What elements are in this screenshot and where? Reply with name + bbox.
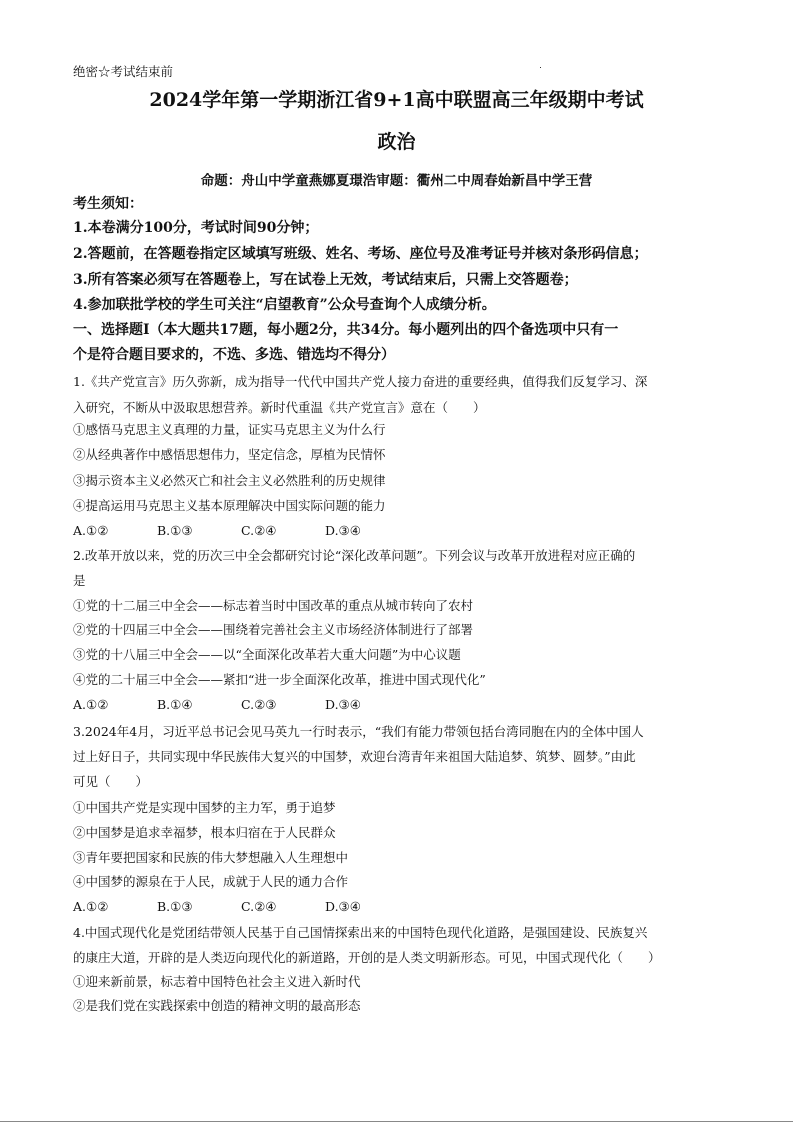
notice-item-4: 4.参加联批学校的学生可关注“启望教育”公众号查询个人成绩分析。: [73, 297, 496, 313]
exam-page: 绝密☆考试结束前 2024学年第一学期浙江省9+1高中联盟高三年级期中考试 政治…: [0, 0, 793, 1122]
q3-statement-4: ④中国梦的源泉在于人民，成就于人民的通力合作: [73, 874, 348, 890]
q1-statement-2: ②从经典著作中感悟思想伟力，坚定信念，厚植为民情怀: [73, 447, 386, 463]
q1-statement-1: ①感悟马克思主义真理的力量，证实马克思主义为什么行: [73, 422, 386, 438]
q1-option-a[interactable]: A.①②: [73, 523, 157, 539]
notice-item-3: 3.所有答案必须写在答题卷上，写在试卷上无效，考试结束后，只需上交答题卷；: [73, 272, 578, 288]
q4-stem-line-1: 4.中国式现代化是党团结带领人民基于自己国情探索出来的中国特色现代化道路，是强国…: [73, 925, 647, 941]
notice-heading: 考生须知：: [73, 196, 143, 212]
q1-statement-4: ④提高运用马克思主义基本原理解决中国实际问题的能力: [73, 498, 386, 514]
stray-mark: [540, 67, 541, 68]
q2-option-b[interactable]: B.①④: [157, 697, 241, 713]
q3-stem-line-1: 3.2024年4月，习近平总书记会见马英九一行时表示，“我们有能力带领包括台湾同…: [73, 724, 644, 740]
q3-statement-3: ③青年要把国家和民族的伟大梦想融入人生理想中: [73, 850, 348, 866]
notice-item-2: 2.答题前，在答题卷指定区域填写班级、姓名、考场、座位号及准考证号并核对条形码信…: [73, 246, 648, 262]
authors-line: 命题：舟山中学童燕娜夏璟浩审题：衢州二中周春始新昌中学王营: [0, 173, 793, 189]
q2-statement-4: ④党的二十届三中全会——紧扣“进一步全面深化改革，推进中国式现代化”: [73, 672, 486, 688]
section-heading-line-2: 个是符合题目要求的，不选、多选、错选均不得分）: [73, 347, 395, 363]
section-heading-line-1: 一、选择题Ⅰ（本大题共17题，每小题2分，共34分。每小题列出的四个备选项中只有…: [73, 322, 618, 338]
q2-statement-2: ②党的十四届三中全会——围绕着完善社会主义市场经济体制进行了部署: [73, 622, 473, 638]
q1-options: A.①② B.①③ C.②④ D.③④: [73, 523, 361, 539]
q3-stem-line-3: 可见（ ）: [73, 774, 148, 790]
notice-item-1: 1.本卷满分100分，考试时间90分钟；: [73, 220, 318, 236]
exam-title: 2024学年第一学期浙江省9+1高中联盟高三年级期中考试: [0, 88, 793, 112]
q4-stem-line-2: 的康庄大道，开辟的是人类迈向现代化的新道路，开创的是人类文明新形态。可见，中国式…: [73, 950, 661, 966]
q2-statement-3: ③党的十八届三中全会——以“全面深化改革若大重大问题”为中心议题: [73, 647, 461, 663]
q3-stem-line-2: 过上好日子，共同实现中华民族伟大复兴的中国梦，欢迎台湾青年来祖国大陆追梦、筑梦、…: [73, 749, 636, 765]
q2-stem-line-1: 2.改革开放以来，党的历次三中全会都研究讨论“深化改革问题”。下列会议与改革开放…: [73, 548, 635, 564]
q2-statement-1: ①党的十二届三中全会——标志着当时中国改革的重点从城市转向了农村: [73, 598, 473, 614]
q2-option-a[interactable]: A.①②: [73, 697, 157, 713]
q3-option-a[interactable]: A.①②: [73, 899, 157, 915]
q2-option-d[interactable]: D.③④: [325, 697, 361, 713]
q3-option-d[interactable]: D.③④: [325, 899, 361, 915]
q1-option-b[interactable]: B.①③: [157, 523, 241, 539]
q3-option-b[interactable]: B.①③: [157, 899, 241, 915]
subject-title: 政治: [0, 130, 793, 154]
q4-statement-1: ①迎来新前景，标志着中国特色社会主义进入新时代: [73, 974, 361, 990]
q2-options: A.①② B.①④ C.②③ D.③④: [73, 697, 361, 713]
q3-statement-2: ②中国梦是追求幸福梦，根本归宿在于人民群众: [73, 825, 336, 841]
confidential-label: 绝密☆考试结束前: [73, 64, 173, 80]
q1-stem-line-1: 1.《共产党宣言》历久弥新，成为指导一代代中国共产党人接力奋进的重要经典，值得我…: [73, 374, 647, 390]
q1-statement-3: ③揭示资本主义必然灭亡和社会主义必然胜利的历史规律: [73, 473, 386, 489]
q1-option-d[interactable]: D.③④: [325, 523, 361, 539]
q3-statement-1: ①中国共产党是实现中国梦的主力军，勇于追梦: [73, 800, 336, 816]
q3-option-c[interactable]: C.②④: [241, 899, 325, 915]
q2-option-c[interactable]: C.②③: [241, 697, 325, 713]
q1-stem-line-2: 入研究，不断从中汲取思想营养。新时代重温《共产党宣言》意在（ ）: [73, 400, 486, 416]
q3-options: A.①② B.①③ C.②④ D.③④: [73, 899, 361, 915]
q2-stem-line-2: 是: [73, 573, 86, 589]
q4-statement-2: ②是我们党在实践探索中创造的精神文明的最高形态: [73, 998, 361, 1014]
q1-option-c[interactable]: C.②④: [241, 523, 325, 539]
